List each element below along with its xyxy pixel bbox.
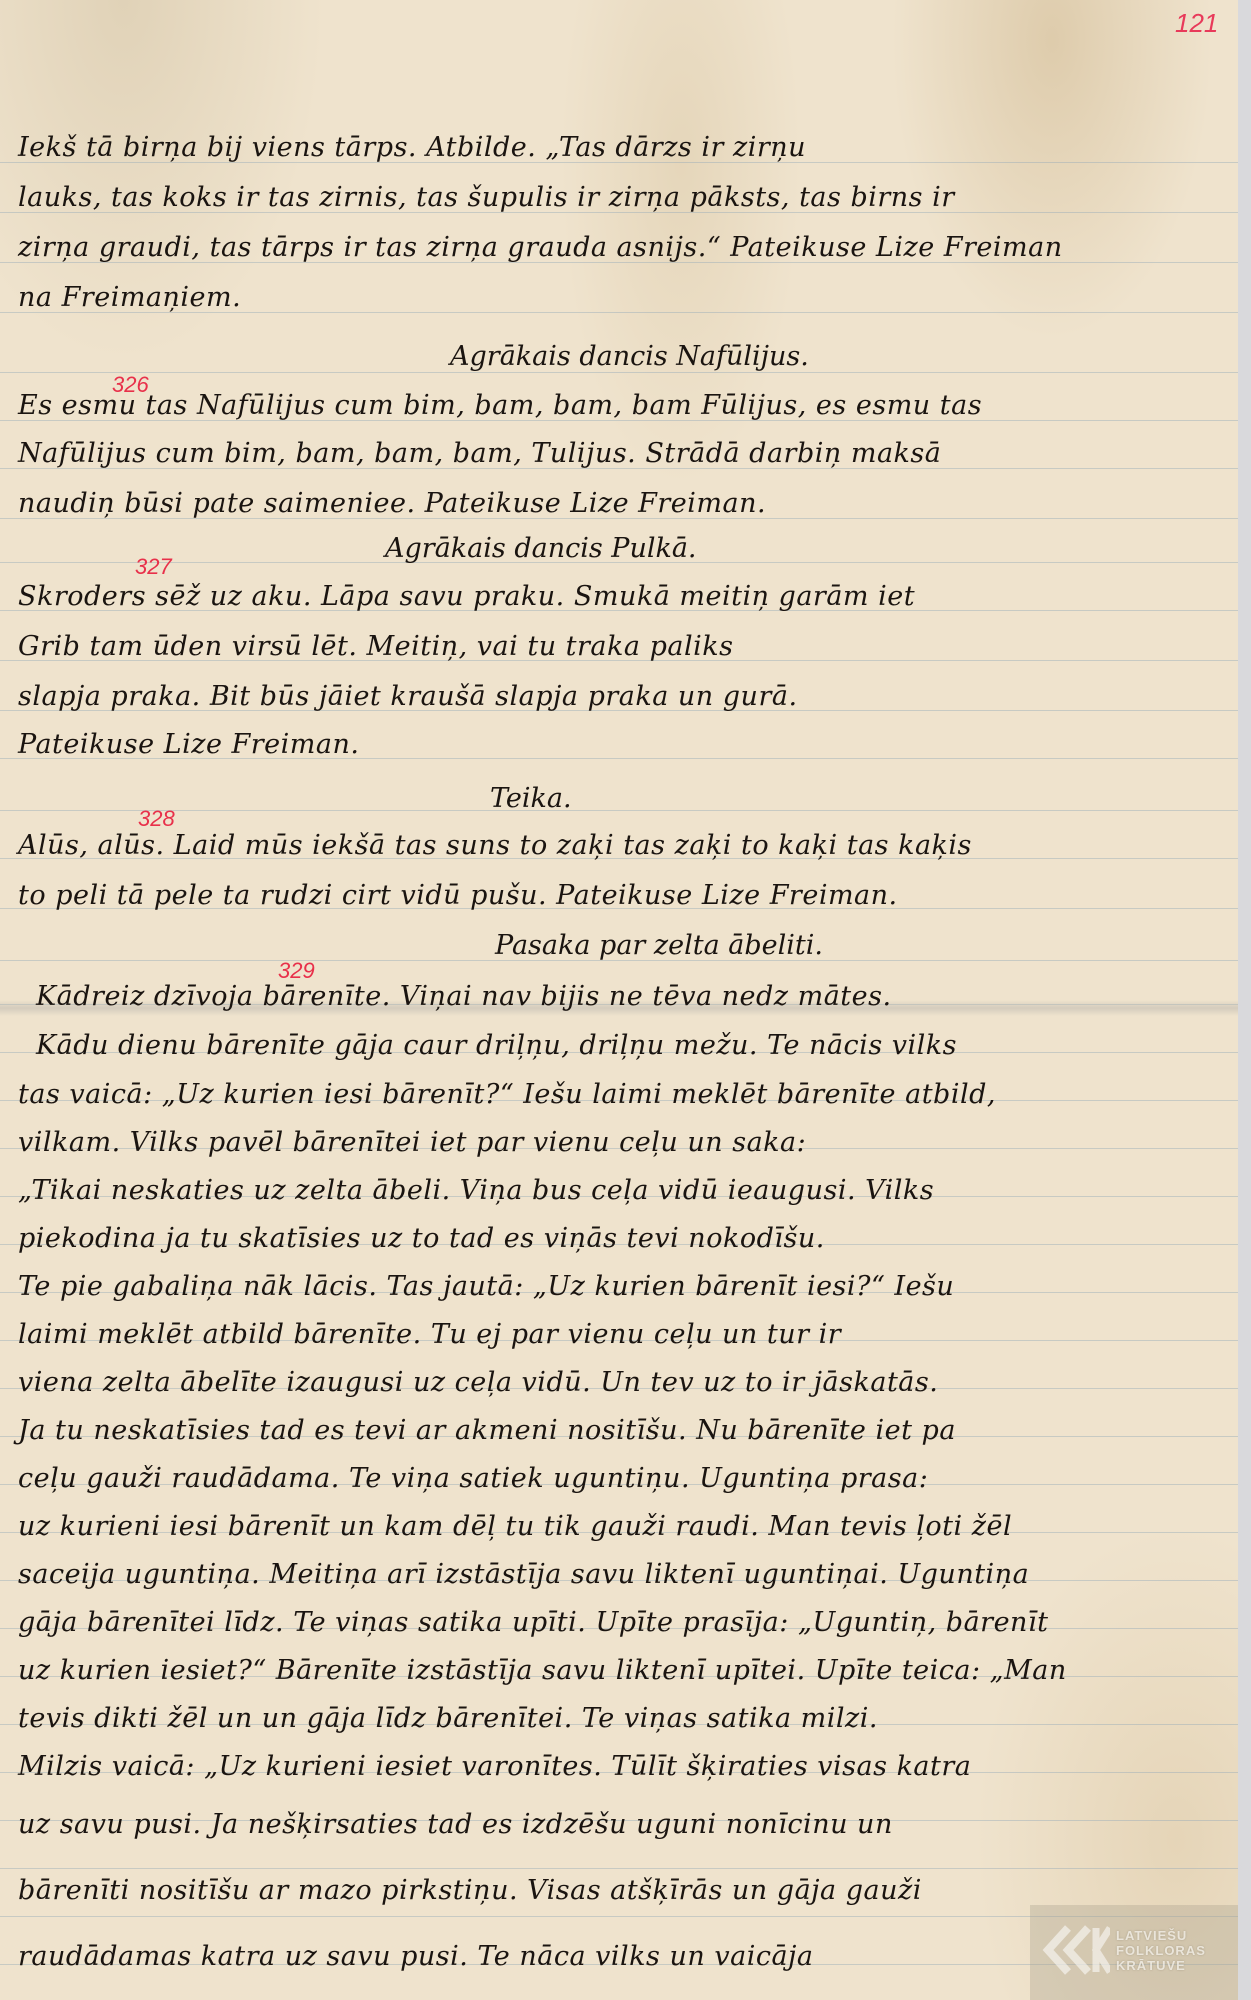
section-title: Agrākais dancis Pulkā. [385,535,697,562]
text-line: na Freimaņiem. [18,284,241,311]
manuscript-page: 121 Iekš tā birņa bij viens tārps. Atbil… [0,0,1238,2000]
text-line: slapja praka. Bit būs jāiet kraušā slapj… [18,683,798,710]
text-line: Te pie gabaliņa nāk lācis. Tas jautā: „U… [18,1273,954,1300]
text-line: „Tikai neskaties uz zelta ābeli. Viņa bu… [18,1177,934,1204]
text-line: Kādreiz dzīvoja bārenīte. Viņai nav biji… [36,983,892,1010]
text-line: raudādamas katra uz savu pusi. Te nāca v… [18,1943,814,1970]
text-line: Nafūlijus cum bim, bam, bam, bam, Tuliju… [18,440,941,467]
section-title: Pasaka par zelta ābeliti. [495,932,823,959]
ruled-line [0,810,1238,811]
text-line: piekodina ja tu skatīsies uz to tad es v… [18,1225,825,1252]
text-line: vilkam. Vilks pavēl bārenītei iet par vi… [18,1129,806,1156]
text-line: Ja tu neskatīsies tad es tevi ar akmeni … [18,1417,956,1444]
text-line: Alūs, alūs. Laid mūs iekšā tas suns to z… [18,832,972,859]
text-line: naudiņ būsi pate saimeniee. Pateikuse Li… [18,490,766,517]
text-line: Grib tam ūden virsū lēt. Meitiņ, vai tu … [18,633,733,660]
watermark-line-2: FOLKLORAS [1116,1943,1206,1958]
text-line: gāja bārenītei līdz. Te viņas satika upī… [18,1609,1048,1636]
section-title: Agrākais dancis Nafūlijus. [450,343,809,370]
item-number: 328 [138,808,175,830]
item-number: 329 [278,960,315,982]
watermark-line-1: LATVIEŠU [1116,1928,1206,1943]
text-line: tevis dikti žēl un un gāja līdz bārenīte… [18,1705,878,1732]
section-title: Teika. [490,785,572,812]
archive-watermark: LATVIEŠU FOLKLORAS KRĀTUVE [1040,1915,1238,1985]
text-line: Kādu dienu bārenīte gāja caur driļņu, dr… [36,1032,957,1059]
text-line: ceļu gauži raudādama. Te viņa satiek ugu… [18,1465,928,1492]
text-line: Iekš tā birņa bij viens tārps. Atbilde. … [18,134,806,161]
text-line: tas vaicā: „Uz kurien iesi bārenīt?“ Ieš… [18,1081,996,1108]
text-line: lauks, tas koks ir tas zirnis, tas šupul… [18,184,955,211]
archive-logo-icon [1040,1920,1110,1980]
text-line: Pateikuse Lize Freiman. [18,731,359,758]
text-line: laimi meklēt atbild bārenīte. Tu ej par … [18,1321,841,1348]
watermark-line-3: KRĀTUVE [1116,1958,1206,1973]
text-line: bārenīti nositīšu ar mazo pirkstiņu. Vis… [18,1877,922,1904]
ruled-line [0,1868,1238,1869]
text-line: Skroders sēž uz aku. Lāpa savu praku. Sm… [18,583,915,610]
text-line: Milzis vaicā: „Uz kurieni iesiet varonīt… [18,1753,971,1780]
text-line: uz savu pusi. Ja nešķirsaties tad es izd… [18,1811,893,1838]
text-line: zirņa graudi, tas tārps ir tas zirņa gra… [18,234,1063,261]
text-line: saceija uguntiņa. Meitiņa arī izstāstīja… [18,1561,1029,1588]
text-line: to peli tā pele ta rudzi cirt vidū pušu.… [18,882,898,909]
text-line: uz kurieni iesi bārenīt un kam dēļ tu ti… [18,1513,1012,1540]
page-number: 121 [1175,8,1218,39]
text-line: uz kurien iesiet?“ Bārenīte izstāstīja s… [18,1657,1067,1684]
ruled-line [0,372,1238,373]
text-line: viena zelta ābelīte izaugusi uz ceļa vid… [18,1369,938,1396]
text-line: Es esmu tas Nafūlijus cum bim, bam, bam,… [18,392,982,419]
item-number: 327 [135,556,172,578]
